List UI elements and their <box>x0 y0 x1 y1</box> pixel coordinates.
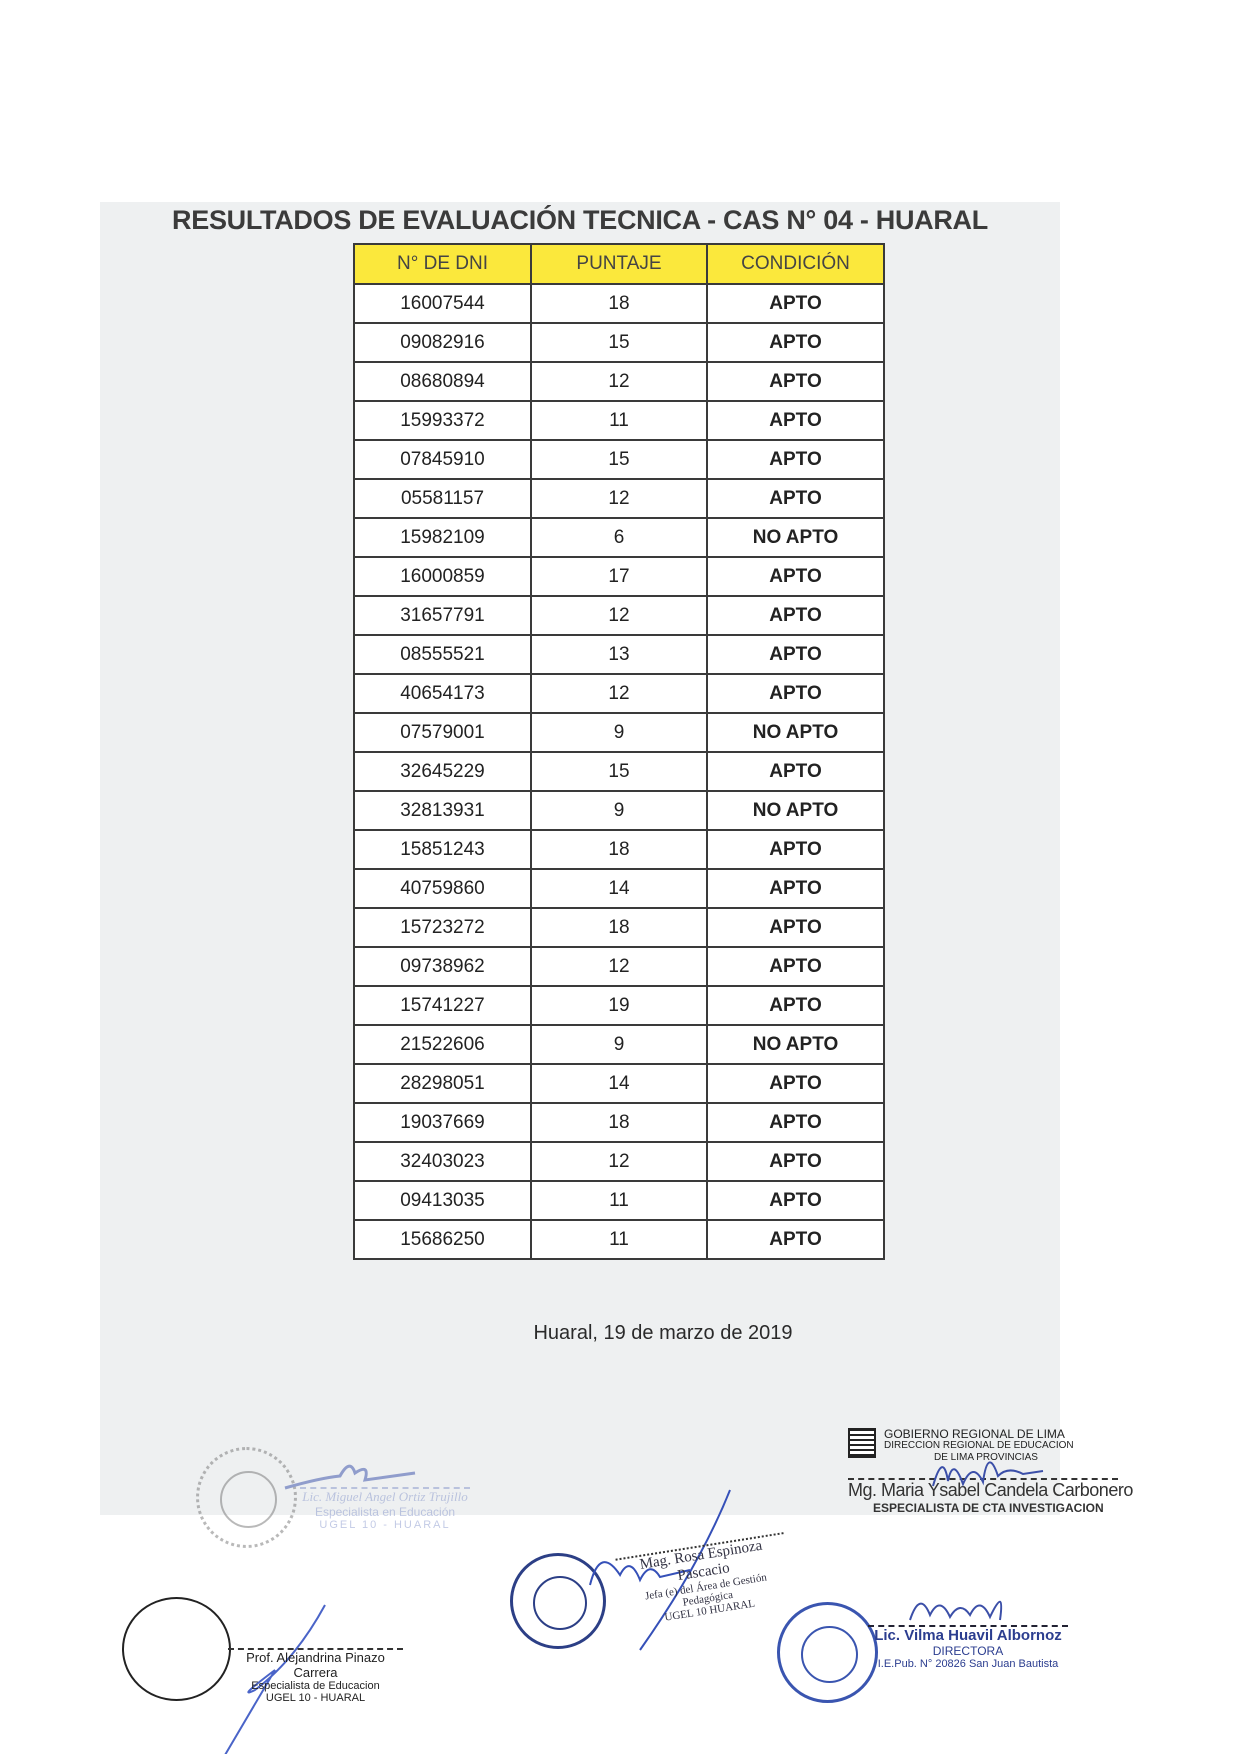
dni-cell: 19037669 <box>354 1103 531 1142</box>
dni-cell: 09082916 <box>354 323 531 362</box>
puntaje-cell: 18 <box>531 284 707 323</box>
condicion-cell: APTO <box>707 323 884 362</box>
signature-scribble-icon <box>905 1585 1025 1630</box>
table-row: 328139319NO APTO <box>354 791 884 830</box>
puntaje-cell: 15 <box>531 752 707 791</box>
dni-cell: 07845910 <box>354 440 531 479</box>
puntaje-cell: 9 <box>531 1025 707 1064</box>
puntaje-cell: 12 <box>531 479 707 518</box>
puntaje-cell: 14 <box>531 1064 707 1103</box>
dni-cell: 15851243 <box>354 830 531 869</box>
condicion-cell: NO APTO <box>707 713 884 752</box>
puntaje-cell: 15 <box>531 440 707 479</box>
dni-cell: 16007544 <box>354 284 531 323</box>
especialista-1-name: Lic. Miguel Angel Ortiz Trujillo <box>300 1489 470 1505</box>
gobierno-regional-signer-role: ESPECIALISTA DE CTA INVESTIGACION <box>848 1501 1138 1515</box>
condicion-cell: APTO <box>707 401 884 440</box>
condicion-cell: APTO <box>707 1142 884 1181</box>
puntaje-cell: 19 <box>531 986 707 1025</box>
directora-role: DIRECTORA <box>868 1644 1068 1658</box>
condicion-cell: NO APTO <box>707 518 884 557</box>
table-row: 0784591015APTO <box>354 440 884 479</box>
puntaje-cell: 12 <box>531 362 707 401</box>
puntaje-cell: 9 <box>531 713 707 752</box>
condicion-cell: APTO <box>707 1103 884 1142</box>
table-row: 215226069NO APTO <box>354 1025 884 1064</box>
puntaje-cell: 12 <box>531 674 707 713</box>
table-row: 0941303511APTO <box>354 1181 884 1220</box>
puntaje-cell: 12 <box>531 1142 707 1181</box>
table-row: 0855552113APTO <box>354 635 884 674</box>
puntaje-cell: 15 <box>531 323 707 362</box>
directora-org: I.E.Pub. N° 20826 San Juan Bautista <box>868 1658 1068 1670</box>
especialista-2-role: Especialista de Educacion <box>228 1680 403 1692</box>
table-row: 0558115712APTO <box>354 479 884 518</box>
condicion-cell: APTO <box>707 596 884 635</box>
dni-cell: 28298051 <box>354 1064 531 1103</box>
institucion-stamp-icon <box>777 1602 878 1703</box>
condicion-cell: APTO <box>707 674 884 713</box>
directora-name: Lic. Vilma Huavil Albornoz <box>868 1627 1068 1644</box>
table-row: 1599337211APTO <box>354 401 884 440</box>
table-row: 1600754418APTO <box>354 284 884 323</box>
condicion-cell: APTO <box>707 635 884 674</box>
condicion-cell: NO APTO <box>707 1025 884 1064</box>
gobierno-regional-header-1: GOBIERNO REGIONAL DE LIMA <box>884 1428 1074 1440</box>
puntaje-cell: 13 <box>531 635 707 674</box>
signature-scribble-icon <box>928 1446 1048 1496</box>
table-row: 0868089412APTO <box>354 362 884 401</box>
puntaje-cell: 12 <box>531 947 707 986</box>
dni-cell: 15741227 <box>354 986 531 1025</box>
gobierno-regional-logo-icon <box>848 1428 876 1458</box>
dni-cell: 16000859 <box>354 557 531 596</box>
dni-cell: 15723272 <box>354 908 531 947</box>
puntaje-cell: 6 <box>531 518 707 557</box>
signature-block-especialista-1: Lic. Miguel Angel Ortiz Trujillo Especia… <box>300 1487 470 1531</box>
dni-cell: 31657791 <box>354 596 531 635</box>
condicion-cell: APTO <box>707 1220 884 1259</box>
signature-block-especialista-2: Prof. Alejandrina Pinazo Carrera Especia… <box>228 1648 403 1704</box>
table-row: 0973896212APTO <box>354 947 884 986</box>
dni-cell: 07579001 <box>354 713 531 752</box>
condicion-cell: APTO <box>707 947 884 986</box>
especialista-2-name: Prof. Alejandrina Pinazo Carrera <box>228 1650 403 1680</box>
table-row: 0908291615APTO <box>354 323 884 362</box>
condicion-cell: APTO <box>707 557 884 596</box>
dni-cell: 32403023 <box>354 1142 531 1181</box>
table-row: 1568625011APTO <box>354 1220 884 1259</box>
condicion-cell: APTO <box>707 830 884 869</box>
puntaje-cell: 18 <box>531 908 707 947</box>
puntaje-cell: 18 <box>531 830 707 869</box>
condicion-cell: APTO <box>707 986 884 1025</box>
table-row: 1574122719APTO <box>354 986 884 1025</box>
dni-cell: 15993372 <box>354 401 531 440</box>
dni-cell: 15686250 <box>354 1220 531 1259</box>
results-table: N° DE DNI PUNTAJE CONDICIÓN 1600754418AP… <box>353 243 885 1260</box>
table-row: 3264522915APTO <box>354 752 884 791</box>
especialista-2-org: UGEL 10 - HUARAL <box>228 1692 403 1704</box>
table-row: 4065417312APTO <box>354 674 884 713</box>
puntaje-cell: 11 <box>531 1220 707 1259</box>
puntaje-cell: 12 <box>531 596 707 635</box>
puntaje-cell: 11 <box>531 401 707 440</box>
header-dni: N° DE DNI <box>354 244 531 284</box>
signature-block-gobierno-regional: GOBIERNO REGIONAL DE LIMA DIRECCION REGI… <box>848 1428 1138 1515</box>
condicion-cell: APTO <box>707 908 884 947</box>
condicion-cell: NO APTO <box>707 791 884 830</box>
table-row: 4075986014APTO <box>354 869 884 908</box>
table-row: 3165779112APTO <box>354 596 884 635</box>
condicion-cell: APTO <box>707 440 884 479</box>
dni-cell: 32813931 <box>354 791 531 830</box>
dni-cell: 05581157 <box>354 479 531 518</box>
dni-cell: 40759860 <box>354 869 531 908</box>
dni-cell: 08680894 <box>354 362 531 401</box>
puntaje-cell: 11 <box>531 1181 707 1220</box>
table-row: 075790019NO APTO <box>354 713 884 752</box>
header-puntaje: PUNTAJE <box>531 244 707 284</box>
header-condicion: CONDICIÓN <box>707 244 884 284</box>
table-row: 159821096NO APTO <box>354 518 884 557</box>
puntaje-cell: 14 <box>531 869 707 908</box>
table-body: 1600754418APTO0908291615APTO0868089412AP… <box>354 284 884 1259</box>
table-header-row: N° DE DNI PUNTAJE CONDICIÓN <box>354 244 884 284</box>
puntaje-cell: 18 <box>531 1103 707 1142</box>
especialista-1-role: Especialista en Educación <box>300 1505 470 1519</box>
table-row: 1600085917APTO <box>354 557 884 596</box>
especialista-1-org: UGEL 10 - HUARAL <box>300 1519 470 1531</box>
dni-cell: 08555521 <box>354 635 531 674</box>
dni-cell: 09413035 <box>354 1181 531 1220</box>
document-date: Huaral, 19 de marzo de 2019 <box>353 1322 973 1345</box>
table-row: 1572327218APTO <box>354 908 884 947</box>
table-row: 3240302312APTO <box>354 1142 884 1181</box>
table-row: 2829805114APTO <box>354 1064 884 1103</box>
condicion-cell: APTO <box>707 1181 884 1220</box>
dni-cell: 15982109 <box>354 518 531 557</box>
puntaje-cell: 9 <box>531 791 707 830</box>
condicion-cell: APTO <box>707 752 884 791</box>
dni-cell: 09738962 <box>354 947 531 986</box>
signature-block-directora: Lic. Vilma Huavil Albornoz DIRECTORA I.E… <box>868 1625 1068 1670</box>
condicion-cell: APTO <box>707 1064 884 1103</box>
puntaje-cell: 17 <box>531 557 707 596</box>
dni-cell: 32645229 <box>354 752 531 791</box>
document-title: RESULTADOS DE EVALUACIÓN TECNICA - CAS N… <box>100 202 1060 238</box>
table-row: 1585124318APTO <box>354 830 884 869</box>
condicion-cell: APTO <box>707 479 884 518</box>
condicion-cell: APTO <box>707 362 884 401</box>
condicion-cell: APTO <box>707 869 884 908</box>
dni-cell: 40654173 <box>354 674 531 713</box>
dni-cell: 21522606 <box>354 1025 531 1064</box>
table-row: 1903766918APTO <box>354 1103 884 1142</box>
condicion-cell: APTO <box>707 284 884 323</box>
